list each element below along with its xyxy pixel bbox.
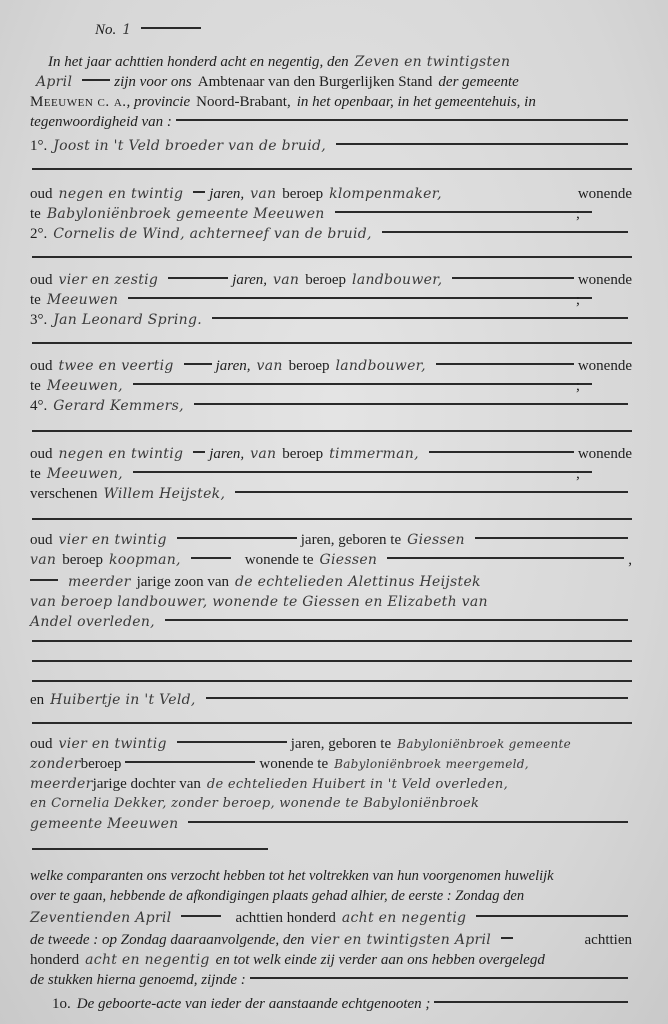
fill-line [128,297,592,299]
groom-parents-line-3: Andel overleden, [30,612,632,632]
fill-line [181,915,221,917]
label-wonende: wonende [578,270,632,290]
witness-1-residence-line: te Babyloniënbroek gemeente Meeuwen ; [30,204,632,224]
rule [32,848,268,850]
label-te: te [30,290,41,310]
punctuation: ; [576,204,580,224]
fill-line [452,277,573,279]
closing-line-6: de stukken hierna genoemd, zijnde : [30,970,632,990]
witness-age: twee en veertig [59,356,174,376]
punctuation: ; [576,376,580,396]
label-oud: oud [30,184,53,204]
bride-parents: de echtelieden Huibert in 't Veld overle… [207,775,508,795]
municipality-name: Meeuwen c. a. [30,92,127,112]
fill-line [30,579,58,581]
label-wonende: wonende [578,444,632,464]
witness-profession: landbouwer, [335,356,425,376]
fill-line [194,403,628,405]
fill-line [235,491,628,493]
item-number: 1o. [52,994,71,1014]
bride-age: vier en twintig [59,734,167,754]
bride-parents: gemeente Meeuwen [30,814,178,834]
intro-line-4: tegenwoordigheid van : [30,112,632,132]
rule [32,680,632,682]
witness-number: 3°. [30,310,47,330]
witness-2-residence-line: te Meeuwen ; [30,290,632,310]
label-jaren: jaren, [216,356,251,376]
groom-parents: Andel overleden, [30,612,155,632]
witness-1-age-line: oud negen en twintig jaren, van beroep k… [30,184,632,204]
intro-line-2: April zijn voor ons Ambtenaar van den Bu… [30,72,632,92]
rule [32,430,632,432]
witness-residence: Meeuwen, [47,376,123,396]
fill-line [429,451,574,453]
label-jaren: jaren, [209,444,244,464]
label-wonende: wonende [578,184,632,204]
witness-profession: landbouwer, [352,270,442,290]
witness-age: negen en twintig [59,184,184,204]
groom-parents: van beroep landbouwer, wonende te Giesse… [30,592,488,612]
handwritten-day: Zeven en twintigsten [355,52,511,72]
closing-line-4: de tweede : op Zondag daaraanvolgende, d… [30,930,632,950]
printed-text: achttien [585,930,632,950]
closing-line-2: over te gaan, hebbende de afkondigingen … [30,886,632,906]
fill-line [133,383,592,385]
label-verschenen: verschenen [30,484,97,504]
witness-3-age-line: oud twee en veertig jaren, van beroep la… [30,356,632,376]
marriage-record-page: No. 1 In het jaar achttien honderd acht … [0,0,668,1024]
punctuation: , [628,550,632,570]
handwritten-date: vier en twintigsten April [311,930,492,950]
witness-residence: Babyloniënbroek gemeente Meeuwen [47,204,325,224]
fill-line [206,697,628,699]
fill-line [125,761,255,763]
handwritten-van: van [273,270,299,290]
witness-profession: timmerman, [329,444,419,464]
fill-line [184,363,212,365]
closing-line-3: Zeventienden April achttien honderd acht… [30,908,632,928]
printed-text: in het openbaar, in het gemeentehuis, in [297,92,536,112]
rule [32,722,632,724]
witness-residence: Meeuwen, [47,464,123,484]
printed-text: , provincie [127,92,191,112]
record-number: No. 1 [95,20,632,40]
label-oud: oud [30,270,53,290]
fill-line [141,27,201,29]
witness-4-residence-line: te Meeuwen, ; [30,464,632,484]
handwritten-van: van [30,550,56,570]
rule [32,342,632,344]
fill-line [212,317,628,319]
label-wonende-te: wonende te [245,550,314,570]
groom-birthplace: Giessen [407,530,465,550]
printed-text: welke comparanten ons verzocht hebben to… [30,866,554,886]
bride-parents: en Cornelia Dekker, zonder beroep, wonen… [30,794,479,814]
witness-age: negen en twintig [59,444,184,464]
record-number-label: No. [95,20,116,40]
handwritten-year: acht en negentig [342,908,466,928]
fill-line [193,451,205,453]
witness-profession: klompenmaker, [329,184,442,204]
label-jaren: jaren, [232,270,267,290]
printed-text: De geboorte-acte van ieder der aanstaand… [77,994,431,1014]
intro-line-3: Meeuwen c. a. , provincie Noord-Brabant,… [30,92,632,112]
witness-1-name-line: 1°. Joost in 't Veld broeder van de brui… [30,136,632,156]
bride-parents-line-1: meerderjarige dochter van de echtelieden… [30,774,632,795]
label-oud: oud [30,734,53,754]
bride-parents-line-2: en Cornelia Dekker, zonder beroep, wonen… [30,794,632,814]
handwritten-van: van [250,184,276,204]
witness-name: Gerard Kemmers, [53,396,184,416]
handwritten-majority: meerder [30,774,93,794]
label-jarige-zoon: jarige zoon van [137,572,229,592]
groom-profession: koopman, [109,550,181,570]
printed-text: In het jaar achttien honderd acht en neg… [48,52,349,72]
printed-text: der gemeente [438,72,518,92]
fill-line [82,79,110,81]
groom-name-line: verschenen Willem Heijstek, [30,484,632,504]
handwritten-year: acht en negentig [85,950,209,970]
label-beroep: beroep [62,550,103,570]
fill-line [436,363,574,365]
printed-text: zijn voor ons [114,72,192,92]
bride-age-line: oud vier en twintig jaren, geboren te Ba… [30,734,632,754]
handwritten-date: Zeventienden April [30,908,171,928]
fill-line [476,915,628,917]
groom-parents-line-1: meerderjarige zoon van de echtelieden Al… [30,572,632,592]
fill-line [250,977,628,979]
label-jaren: jaren, [209,184,244,204]
witness-number: 1°. [30,136,47,156]
fill-line [165,619,628,621]
label-jaren-geboren: jaren, geboren te [291,734,391,754]
rule [32,640,632,642]
groom-age-line: oud vier en twintig jaren, geboren te Gi… [30,530,632,550]
witness-3-residence-line: te Meeuwen, ; [30,376,632,396]
fill-line [168,277,228,279]
punctuation: ; [576,290,580,310]
bride-profession-line: zonderberoep wonende te Babyloniënbroek … [30,754,632,774]
fill-line [434,1001,628,1003]
bride-residence: Babyloniënbroek meergemeld, [334,754,529,774]
witness-3-name-line: 3°. Jan Leonard Spring. [30,310,632,330]
label-te: te [30,376,41,396]
handwritten-month: April [36,72,72,92]
closing-line-1: welke comparanten ons verzocht hebben to… [30,866,632,886]
label-jaren-geboren: jaren, geboren te [301,530,401,550]
witness-residence: Meeuwen [47,290,118,310]
printed-text: tegenwoordigheid van : [30,112,172,132]
groom-residence: Giessen [320,550,378,570]
groom-profession-line: van beroep koopman, wonende te Giessen , [30,550,632,570]
groom-parents: de echtelieden Alettinus Heijstek [235,572,481,592]
witness-2-age-line: oud vier en zestig jaren, van beroep lan… [30,270,632,290]
fill-line [191,557,231,559]
province-name: Noord-Brabant, [196,92,291,112]
witness-2-name-line: 2°. Cornelis de Wind, achterneef van de … [30,224,632,244]
label-beroep: beroep [305,270,346,290]
printed-text: honderd [30,950,79,970]
rule [32,168,632,170]
label-oud: oud [30,444,53,464]
fill-line [133,471,592,473]
label-wonende: wonende [578,356,632,376]
closing-line-5: honderd acht en negentig en tot welk ein… [30,950,632,970]
label-oud: oud [30,356,53,376]
punctuation: ; [576,464,580,484]
witness-4-name-line: 4°. Gerard Kemmers, [30,396,632,416]
fill-line [336,143,628,145]
label-en: en [30,690,44,710]
fill-line [188,821,628,823]
label-beroep: beroep [282,184,323,204]
handwritten-van: van [250,444,276,464]
printed-text: en tot welk einde zij verder aan ons heb… [216,950,545,970]
bride-name: Huibertje in 't Veld, [50,690,196,710]
label-wonende-te: wonende te [259,754,328,774]
handwritten-van: van [256,356,282,376]
record-number-value: 1 [122,20,131,40]
label-beroep: beroep [289,356,330,376]
witness-name: Jan Leonard Spring. [53,310,202,330]
rule [32,518,632,520]
bride-parents-line-3: gemeente Meeuwen [30,814,632,834]
bride-birthplace: Babyloniënbroek gemeente [397,734,571,754]
label-te: te [30,204,41,224]
witness-4-age-line: oud negen en twintig jaren, van beroep t… [30,444,632,464]
label-beroep: beroep [282,444,323,464]
rule [32,256,632,258]
witness-name: Cornelis de Wind, achterneef van de brui… [53,224,372,244]
closing-line-7: 1o. De geboorte-acte van ieder der aanst… [52,994,632,1014]
label-te: te [30,464,41,484]
groom-age: vier en twintig [59,530,167,550]
witness-number: 2°. [30,224,47,244]
fill-line [177,741,287,743]
bride-name-line: en Huibertje in 't Veld, [30,690,632,710]
label-jarige-dochter: jarige dochter van [93,774,201,794]
witness-name: Joost in 't Veld broeder van de bruid, [53,136,326,156]
fill-line [335,211,592,213]
handwritten-zonder: zonder [30,754,81,774]
fill-line [176,119,628,121]
fill-line [177,537,297,539]
groom-parents-line-2: van beroep landbouwer, wonende te Giesse… [30,592,632,612]
printed-text: de tweede : op Zondag daaraanvolgende, d… [30,930,305,950]
witness-age: vier en zestig [59,270,159,290]
label-beroep: beroep [81,754,122,774]
fill-line [193,191,205,193]
printed-text: over te gaan, hebbende de afkondigingen … [30,886,524,906]
printed-text: de stukken hierna genoemd, zijnde : [30,970,246,990]
witness-number: 4°. [30,396,47,416]
fill-line [475,537,628,539]
fill-line [501,937,513,939]
intro-line-1: In het jaar achttien honderd acht en neg… [48,52,632,72]
handwritten-majority: meerder [68,572,131,592]
printed-text: achttien honderd [235,908,335,928]
fill-line [382,231,628,233]
rule [32,660,632,662]
printed-text: Ambtenaar van den Burgerlijken Stand [198,72,433,92]
groom-name: Willem Heijstek, [103,484,225,504]
label-oud: oud [30,530,53,550]
fill-line [387,557,624,559]
